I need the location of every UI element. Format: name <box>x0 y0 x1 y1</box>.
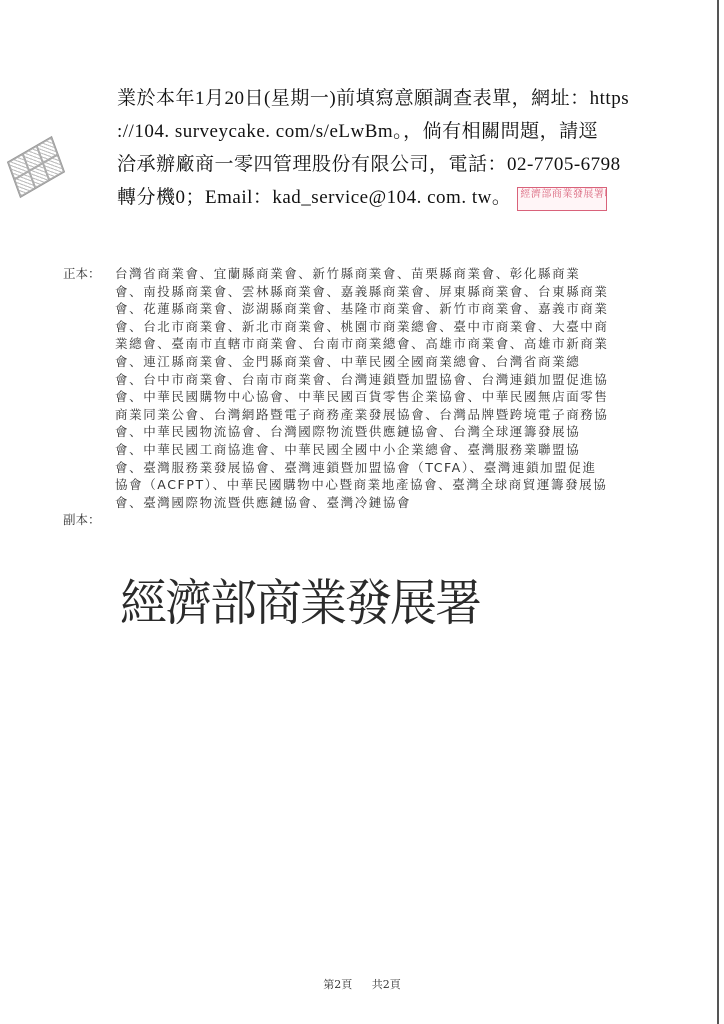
recipient-line: 會、臺灣國際物流暨供應鏈協會、臺灣冷鏈協會 <box>115 494 653 512</box>
body-line-3: 洽承辦廠商一零四管理股份有限公司，電話：02-7705-6798 <box>117 148 637 181</box>
body-line-4: 轉分機0；Email：kad_service@104. com. tw。經濟部商… <box>117 181 637 214</box>
scan-page-edge <box>717 0 719 1024</box>
copy-recipients-label: 副本： <box>63 511 115 529</box>
recipient-line: 會、連江縣商業會、金門縣商業會、中華民國全國商業總會、台灣省商業總 <box>115 353 653 371</box>
original-recipients-label: 正本： <box>63 265 115 511</box>
body-paragraph: 業於本年1月20日(星期一)前填寫意願調查表單，網址：https ://104.… <box>117 82 637 214</box>
recipient-line: 台灣省商業會、宜蘭縣商業會、新竹縣商業會、苗栗縣商業會、彰化縣商業 <box>115 265 653 283</box>
recipient-line: 業總會、臺南市直轄市商業會、台南市商業總會、高雄市商業會、高雄市新商業 <box>115 335 653 353</box>
recipient-line: 會、南投縣商業會、雲林縣商業會、嘉義縣商業會、屏東縣商業會、台東縣商業 <box>115 283 653 301</box>
page-indicator: 第2頁 共2頁 <box>0 976 724 992</box>
current-page: 第2頁 <box>323 978 352 991</box>
recipient-line: 會、中華民國物流協會、台灣國際物流暨供應鏈協會、台灣全球運籌發展協 <box>115 423 653 441</box>
copy-recipients: 副本： <box>63 511 653 529</box>
recipient-line: 會、中華民國工商協進會、中華民國全國中小企業總會、臺灣服務業聯盟協 <box>115 441 653 459</box>
original-recipients: 正本： 台灣省商業會、宜蘭縣商業會、新竹縣商業會、苗栗縣商業會、彰化縣商業 會、… <box>63 265 653 511</box>
recipient-line: 會、台北市商業會、新北市商業會、桃園市商業總會、臺中市商業會、大臺中商 <box>115 318 653 336</box>
body-line-2: ://104. surveycake. com/s/eLwBm。，倘有相關問題，… <box>117 115 637 148</box>
body-line-1: 業於本年1月20日(星期一)前填寫意願調查表單，網址：https <box>117 82 637 115</box>
recipient-line: 會、台中市商業會、台南市商業會、台灣連鎖暨加盟協會、台灣連鎖加盟促進協 <box>115 371 653 389</box>
perforation-seal-stamp <box>7 136 65 198</box>
recipient-line: 商業同業公會、台灣網路暨電子商務產業發展協會、台灣品牌暨跨境電子商務協 <box>115 406 653 424</box>
body-line-4-text: 轉分機0；Email：kad_service@104. com. tw。 <box>117 187 511 208</box>
recipient-line: 會、花蓮縣商業會、澎湖縣商業會、基隆市商業會、新竹市商業會、嘉義市商業 <box>115 300 653 318</box>
recipient-line: 會、臺灣服務業發展協會、臺灣連鎖暨加盟協會（TCFA）、臺灣連鎖加盟促進 <box>115 459 653 477</box>
original-recipients-list: 台灣省商業會、宜蘭縣商業會、新竹縣商業會、苗栗縣商業會、彰化縣商業 會、南投縣商… <box>115 265 653 511</box>
red-official-seal-stamp: 經濟部商業發展署印 <box>517 187 607 211</box>
recipient-line: 會、中華民國購物中心協會、中華民國百貨零售企業協會、中華民國無店面零售 <box>115 388 653 406</box>
recipient-line: 協會（ACFPT）、中華民國購物中心暨商業地產協會、臺灣全球商貿運籌發展協 <box>115 476 653 494</box>
total-pages: 共2頁 <box>372 978 401 991</box>
recipients-block: 正本： 台灣省商業會、宜蘭縣商業會、新竹縣商業會、苗栗縣商業會、彰化縣商業 會、… <box>63 265 653 529</box>
issuing-agency-name: 經濟部商業發展署 <box>120 564 480 634</box>
